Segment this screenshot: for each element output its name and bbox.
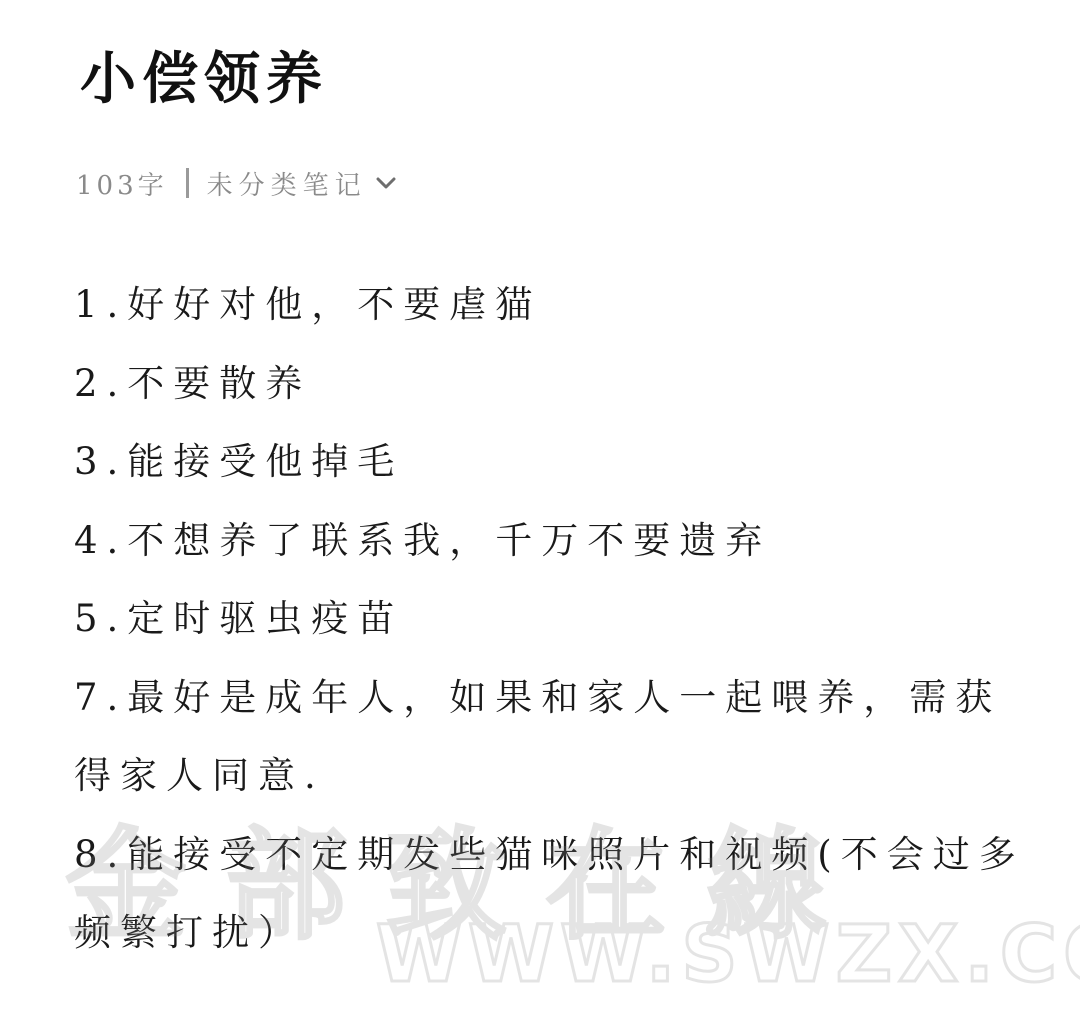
note-line: 2.不要散养 — [74, 345, 1004, 424]
note-title[interactable]: 小偿领养 — [80, 44, 328, 114]
note-page: 小偿领养 103字 未分类笔记 1.好好对他，不要虐猫 2.不要散养 3.能接受… — [0, 0, 1080, 1009]
note-line: 5.定时驱虫疫苗 — [74, 580, 1004, 659]
category-label: 未分类笔记 — [207, 165, 367, 202]
word-count: 103字 — [76, 165, 168, 202]
chevron-down-icon — [375, 172, 397, 194]
note-line: 4.不想养了联系我，千万不要遗弃 — [74, 502, 1004, 581]
note-line: 7.最好是成年人，如果和家人一起喂养，需获 — [74, 659, 1004, 738]
note-line: 频繁打扰） — [74, 894, 1004, 973]
category-selector[interactable]: 未分类笔记 — [207, 165, 397, 202]
meta-divider — [186, 168, 189, 198]
note-line: 8.能接受不定期发些猫咪照片和视频(不会过多 — [74, 816, 1004, 895]
note-meta-bar: 103字 未分类笔记 — [76, 166, 397, 200]
note-body[interactable]: 1.好好对他，不要虐猫 2.不要散养 3.能接受他掉毛 4.不想养了联系我，千万… — [74, 266, 1004, 973]
note-line: 3.能接受他掉毛 — [74, 423, 1004, 502]
note-line: 得家人同意. — [74, 737, 1004, 816]
note-line: 1.好好对他，不要虐猫 — [74, 266, 1004, 345]
